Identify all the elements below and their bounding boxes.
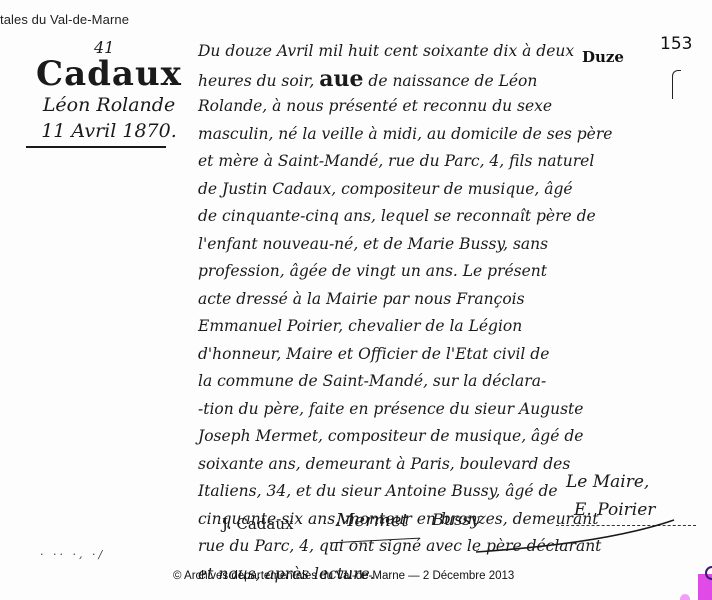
signature-flourish bbox=[476, 512, 676, 556]
margin-date: 11 Avril 1870. bbox=[14, 118, 204, 144]
document-page: tales du Val-de-Marne 41 Cadaux Léon Rol… bbox=[0, 0, 712, 600]
act-line: profession, âgée de vingt un ans. Le pré… bbox=[198, 258, 708, 286]
corner-dot-icon bbox=[680, 594, 690, 600]
margin-annotation: 41 Cadaux Léon Rolande 11 Avril 1870. bbox=[14, 40, 204, 144]
mayor-title: Le Maire, bbox=[566, 472, 649, 492]
act-line-text: heures du soir, bbox=[198, 72, 319, 90]
act-line: heures du soir, aue de naissance de Léon bbox=[198, 66, 708, 94]
act-line: de Justin Cadaux, compositeur de musique… bbox=[198, 176, 708, 204]
act-line: Joseph Mermet, compositeur de musique, â… bbox=[198, 423, 708, 451]
act-line-text: de naissance de Léon bbox=[364, 72, 538, 90]
inline-stamp: aue bbox=[319, 66, 363, 92]
act-line: de cinquante-cinq ans, lequel se reconna… bbox=[198, 203, 708, 231]
margin-surname: Cadaux bbox=[14, 56, 204, 92]
act-line: d'honneur, Maire et Officier de l'Etat c… bbox=[198, 341, 708, 369]
act-line: -tion du père, faite en présence du sieu… bbox=[198, 396, 708, 424]
margin-given-names: Léon Rolande bbox=[14, 92, 204, 118]
margin-divider bbox=[26, 146, 166, 148]
copyright-footer: © Archives départementales du Val-de-Mar… bbox=[173, 570, 514, 582]
witness-signature-bussy: Bussy bbox=[432, 510, 480, 529]
act-line: masculin, né la veille à midi, au domici… bbox=[198, 121, 708, 149]
witness-signature-mermet: Mermet bbox=[336, 510, 409, 531]
father-signature: J. Cadaux bbox=[222, 515, 293, 533]
act-line: acte dressé à la Mairie par nous Françoi… bbox=[198, 286, 708, 314]
corner-ring-icon bbox=[705, 566, 712, 580]
act-line: Emmanuel Poirier, chevalier de la Légion bbox=[198, 313, 708, 341]
act-line: l'enfant nouveau-né, et de Marie Bussy, … bbox=[198, 231, 708, 259]
act-line: la commune de Saint-Mandé, sur la déclar… bbox=[198, 368, 708, 396]
stray-ink-marks: · ·· ·, ·/ bbox=[40, 548, 105, 561]
archive-header: tales du Val-de-Marne bbox=[0, 12, 129, 27]
act-line: Rolande, à nous présenté et reconnu du s… bbox=[198, 93, 708, 121]
act-line: Du douze Avril mil huit cent soixante di… bbox=[198, 38, 708, 66]
act-line: et mère à Saint-Mandé, rue du Parc, 4, f… bbox=[198, 148, 708, 176]
